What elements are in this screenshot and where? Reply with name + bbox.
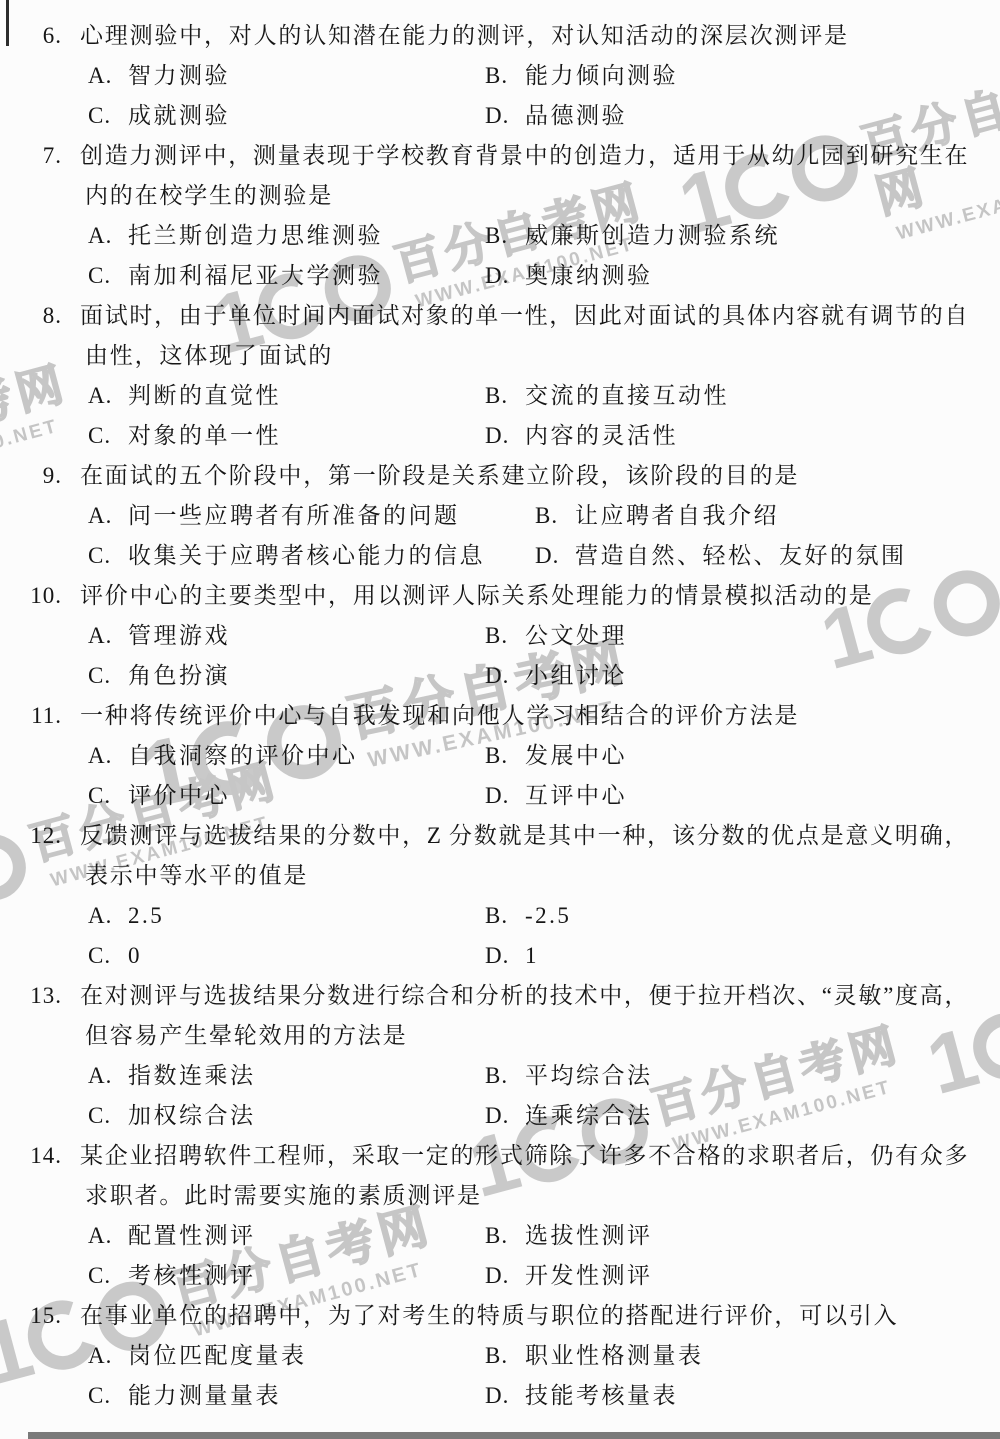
option-row: A.指数连乘法B.平均综合法: [0, 1056, 1000, 1096]
option-B: B.威廉斯创造力测验系统: [485, 216, 780, 256]
option-D: D.奥康纳测验: [485, 256, 653, 296]
option-A: A.判断的直觉性: [88, 376, 281, 416]
option-C: C.南加利福尼亚大学测验: [88, 256, 383, 296]
scan-artifact-mark: [6, 0, 9, 46]
option-row: C.南加利福尼亚大学测验D.奥康纳测验: [0, 256, 1000, 296]
option-letter: B.: [535, 496, 575, 536]
option-A: A.指数连乘法: [88, 1056, 256, 1096]
option-text: 连乘综合法: [525, 1103, 653, 1128]
question-10: 10.评价中心的主要类型中，用以测评人际关系处理能力的情景模拟活动的是A.管理游…: [0, 576, 1000, 696]
option-letter: C.: [88, 1376, 128, 1416]
option-letter: B.: [485, 736, 525, 776]
option-A: A.岗位匹配度量表: [88, 1336, 307, 1376]
option-C: C.成就测验: [88, 96, 230, 136]
option-text: 让应聘者自我介绍: [575, 503, 779, 528]
option-C: C.能力测量量表: [88, 1376, 281, 1416]
question-stem-line: 10.评价中心的主要类型中，用以测评人际关系处理能力的情景模拟活动的是: [0, 576, 1000, 616]
option-A: A.管理游戏: [88, 616, 230, 656]
question-number: 8.: [0, 296, 62, 336]
option-text: 选拔性测评: [525, 1223, 653, 1248]
option-text: 发展中心: [525, 743, 627, 768]
option-letter: B.: [485, 896, 525, 936]
option-B: B.公文处理: [485, 616, 627, 656]
question-stem-continuation: 内的在校学生的测验是: [85, 176, 333, 216]
option-letter: A.: [88, 376, 128, 416]
option-text: 0: [128, 943, 142, 968]
option-row: A.智力测验B.能力倾向测验: [0, 56, 1000, 96]
option-letter: A.: [88, 1056, 128, 1096]
option-text: 智力测验: [128, 63, 230, 88]
question-stem: 某企业招聘软件工程师，采取一定的形式筛除了许多不合格的求职者后，仍有众多: [80, 1136, 968, 1176]
question-number: 15.: [0, 1296, 62, 1336]
option-row: C.加权综合法D.连乘综合法: [0, 1096, 1000, 1136]
question-14: 14.某企业招聘软件工程师，采取一定的形式筛除了许多不合格的求职者后，仍有众多求…: [0, 1136, 1000, 1296]
option-text: 开发性测评: [525, 1263, 653, 1288]
option-letter: D.: [485, 1096, 525, 1136]
question-11: 11.一种将传统评价中心与自我发现和向他人学习相结合的评价方法是A.自我洞察的评…: [0, 696, 1000, 816]
question-number: 10.: [0, 576, 62, 616]
question-stem-line: 8.面试时，由于单位时间内面试对象的单一性，因此对面试的具体内容就有调节的自: [0, 296, 1000, 336]
option-D: D.互评中心: [485, 776, 627, 816]
question-stem-line: 由性，这体现了面试的: [0, 336, 1000, 376]
option-C: C.考核性测评: [88, 1256, 256, 1296]
option-letter: D.: [485, 1376, 525, 1416]
question-stem: 在事业单位的招聘中，为了对考生的特质与职位的搭配进行评价，可以引入: [80, 1296, 898, 1336]
question-number: 9.: [0, 456, 62, 496]
question-number: 13.: [0, 976, 62, 1016]
option-row: C.成就测验D.品德测验: [0, 96, 1000, 136]
option-text: 收集关于应聘者核心能力的信息: [128, 543, 485, 568]
option-text: 南加利福尼亚大学测验: [128, 263, 383, 288]
option-letter: D.: [485, 416, 525, 456]
option-B: B.-2.5: [485, 896, 571, 936]
option-B: B.选拔性测评: [485, 1216, 653, 1256]
question-number: 7.: [0, 136, 62, 176]
question-stem-line: 但容易产生晕轮效用的方法是: [0, 1016, 1000, 1056]
question-13: 13.在对测评与选拔结果分数进行综合和分析的技术中，便于拉开档次、“灵敏”度高，…: [0, 976, 1000, 1136]
option-B: B.交流的直接互动性: [485, 376, 729, 416]
option-text: 职业性格测量表: [525, 1343, 704, 1368]
option-text: 角色扮演: [128, 663, 230, 688]
question-stem-line: 7.创造力测评中，测量表现于学校教育背景中的创造力，适用于从幼儿园到研究生在: [0, 136, 1000, 176]
question-number: 11.: [0, 696, 62, 736]
option-text: 内容的灵活性: [525, 423, 678, 448]
option-text: 交流的直接互动性: [525, 383, 729, 408]
question-stem-line: 表示中等水平的值是: [0, 856, 1000, 896]
question-7: 7.创造力测评中，测量表现于学校教育背景中的创造力，适用于从幼儿园到研究生在内的…: [0, 136, 1000, 296]
question-stem-line: 13.在对测评与选拔结果分数进行综合和分析的技术中，便于拉开档次、“灵敏”度高，: [0, 976, 1000, 1016]
question-stem: 在对测评与选拔结果分数进行综合和分析的技术中，便于拉开档次、“灵敏”度高，: [80, 976, 968, 1016]
option-text: 互评中心: [525, 783, 627, 808]
scan-edge-strip: [28, 1432, 1000, 1439]
question-stem-line: 9.在面试的五个阶段中，第一阶段是关系建立阶段，该阶段的目的是: [0, 456, 1000, 496]
option-row: C.能力测量量表D.技能考核量表: [0, 1376, 1000, 1416]
question-number: 14.: [0, 1136, 62, 1176]
option-letter: C.: [88, 1256, 128, 1296]
option-A: A.配置性测评: [88, 1216, 256, 1256]
question-stem-line: 11.一种将传统评价中心与自我发现和向他人学习相结合的评价方法是: [0, 696, 1000, 736]
option-letter: B.: [485, 1336, 525, 1376]
question-stem-continuation: 由性，这体现了面试的: [85, 336, 333, 376]
option-row: A.托兰斯创造力思维测验B.威廉斯创造力测验系统: [0, 216, 1000, 256]
option-row: A.岗位匹配度量表B.职业性格测量表: [0, 1336, 1000, 1376]
option-letter: A.: [88, 496, 128, 536]
question-9: 9.在面试的五个阶段中，第一阶段是关系建立阶段，该阶段的目的是A.问一些应聘者有…: [0, 456, 1000, 576]
question-stem: 在面试的五个阶段中，第一阶段是关系建立阶段，该阶段的目的是: [80, 456, 799, 496]
option-letter: B.: [485, 216, 525, 256]
option-B: B.职业性格测量表: [485, 1336, 704, 1376]
option-letter: B.: [485, 1216, 525, 1256]
option-A: A.2.5: [88, 896, 164, 936]
question-15: 15.在事业单位的招聘中，为了对考生的特质与职位的搭配进行评价，可以引入A.岗位…: [0, 1296, 1000, 1416]
option-letter: C.: [88, 96, 128, 136]
option-A: A.问一些应聘者有所准备的问题: [88, 496, 460, 536]
option-letter: A.: [88, 1216, 128, 1256]
question-6: 6.心理测验中，对人的认知潜在能力的测评，对认知活动的深层次测评是A.智力测验B…: [0, 16, 1000, 136]
option-letter: A.: [88, 896, 128, 936]
question-stem: 一种将传统评价中心与自我发现和向他人学习相结合的评价方法是: [80, 696, 799, 736]
option-letter: D.: [535, 536, 575, 576]
option-D: D.内容的灵活性: [485, 416, 678, 456]
option-letter: B.: [485, 616, 525, 656]
option-row: C.考核性测评D.开发性测评: [0, 1256, 1000, 1296]
question-stem-line: 6.心理测验中，对人的认知潜在能力的测评，对认知活动的深层次测评是: [0, 16, 1000, 56]
question-list: 6.心理测验中，对人的认知潜在能力的测评，对认知活动的深层次测评是A.智力测验B…: [0, 16, 1000, 1416]
option-A: A.托兰斯创造力思维测验: [88, 216, 383, 256]
option-text: -2.5: [525, 903, 571, 928]
option-letter: A.: [88, 216, 128, 256]
question-stem: 创造力测评中，测量表现于学校教育背景中的创造力，适用于从幼儿园到研究生在: [80, 136, 968, 176]
option-text: 自我洞察的评价中心: [128, 743, 358, 768]
question-number: 6.: [0, 16, 62, 56]
option-B: B.发展中心: [485, 736, 627, 776]
option-C: C.0: [88, 936, 142, 976]
option-row: C.对象的单一性D.内容的灵活性: [0, 416, 1000, 456]
question-stem-continuation: 求职者。此时需要实施的素质测评是: [85, 1176, 482, 1216]
option-D: D.品德测验: [485, 96, 627, 136]
option-letter: B.: [485, 56, 525, 96]
option-letter: C.: [88, 256, 128, 296]
option-text: 能力测量量表: [128, 1383, 281, 1408]
option-text: 指数连乘法: [128, 1063, 256, 1088]
option-text: 公文处理: [525, 623, 627, 648]
option-text: 小组讨论: [525, 663, 627, 688]
option-text: 成就测验: [128, 103, 230, 128]
option-C: C.角色扮演: [88, 656, 230, 696]
option-C: C.加权综合法: [88, 1096, 256, 1136]
question-8: 8.面试时，由于单位时间内面试对象的单一性，因此对面试的具体内容就有调节的自由性…: [0, 296, 1000, 456]
option-D: D.小组讨论: [485, 656, 627, 696]
option-letter: A.: [88, 1336, 128, 1376]
option-A: A.自我洞察的评价中心: [88, 736, 358, 776]
option-text: 威廉斯创造力测验系统: [525, 223, 780, 248]
option-D: D.营造自然、轻松、友好的氛围: [535, 536, 907, 576]
option-letter: A.: [88, 56, 128, 96]
question-number: 12.: [0, 816, 62, 856]
option-D: D.开发性测评: [485, 1256, 653, 1296]
question-stem-line: 内的在校学生的测验是: [0, 176, 1000, 216]
question-stem-line: 求职者。此时需要实施的素质测评是: [0, 1176, 1000, 1216]
option-text: 奥康纳测验: [525, 263, 653, 288]
option-D: D.1: [485, 936, 539, 976]
option-letter: D.: [485, 256, 525, 296]
option-text: 托兰斯创造力思维测验: [128, 223, 383, 248]
option-text: 岗位匹配度量表: [128, 1343, 307, 1368]
option-letter: B.: [485, 1056, 525, 1096]
option-row: A.自我洞察的评价中心B.发展中心: [0, 736, 1000, 776]
option-text: 2.5: [128, 903, 164, 928]
question-stem: 反馈测评与选拔结果的分数中，Z 分数就是其中一种，该分数的优点是意义明确，: [80, 816, 968, 856]
option-row: A.管理游戏B.公文处理: [0, 616, 1000, 656]
option-text: 1: [525, 943, 539, 968]
option-letter: C.: [88, 656, 128, 696]
option-letter: B.: [485, 376, 525, 416]
option-text: 对象的单一性: [128, 423, 281, 448]
option-letter: A.: [88, 736, 128, 776]
question-stem-line: 15.在事业单位的招聘中，为了对考生的特质与职位的搭配进行评价，可以引入: [0, 1296, 1000, 1336]
option-text: 加权综合法: [128, 1103, 256, 1128]
option-text: 问一些应聘者有所准备的问题: [128, 503, 460, 528]
question-stem-continuation: 但容易产生晕轮效用的方法是: [85, 1016, 407, 1056]
option-C: C.收集关于应聘者核心能力的信息: [88, 536, 485, 576]
option-D: D.技能考核量表: [485, 1376, 678, 1416]
question-stem: 面试时，由于单位时间内面试对象的单一性，因此对面试的具体内容就有调节的自: [80, 296, 968, 336]
option-B: B.让应聘者自我介绍: [535, 496, 779, 536]
option-text: 管理游戏: [128, 623, 230, 648]
option-letter: D.: [485, 96, 525, 136]
question-stem-line: 12.反馈测评与选拔结果的分数中，Z 分数就是其中一种，该分数的优点是意义明确，: [0, 816, 1000, 856]
option-text: 技能考核量表: [525, 1383, 678, 1408]
option-row: C.角色扮演D.小组讨论: [0, 656, 1000, 696]
question-stem-line: 14.某企业招聘软件工程师，采取一定的形式筛除了许多不合格的求职者后，仍有众多: [0, 1136, 1000, 1176]
question-stem: 心理测验中，对人的认知潜在能力的测评，对认知活动的深层次测评是: [80, 16, 849, 56]
option-letter: A.: [88, 616, 128, 656]
option-text: 评价中心: [128, 783, 230, 808]
option-letter: D.: [485, 656, 525, 696]
option-row: A.2.5B.-2.5: [0, 896, 1000, 936]
option-text: 判断的直觉性: [128, 383, 281, 408]
option-B: B.能力倾向测验: [485, 56, 678, 96]
option-row: C.0D.1: [0, 936, 1000, 976]
question-12: 12.反馈测评与选拔结果的分数中，Z 分数就是其中一种，该分数的优点是意义明确，…: [0, 816, 1000, 976]
option-D: D.连乘综合法: [485, 1096, 653, 1136]
option-letter: C.: [88, 416, 128, 456]
option-letter: C.: [88, 776, 128, 816]
option-row: C.评价中心D.互评中心: [0, 776, 1000, 816]
option-row: A.判断的直觉性B.交流的直接互动性: [0, 376, 1000, 416]
option-text: 能力倾向测验: [525, 63, 678, 88]
option-row: A.配置性测评B.选拔性测评: [0, 1216, 1000, 1256]
option-letter: C.: [88, 536, 128, 576]
option-C: C.对象的单一性: [88, 416, 281, 456]
exam-paper-page: 1百分自考网WWW.EXAM100.NET1百分自考网WWW.EXAM100.N…: [0, 0, 1000, 1439]
question-stem: 评价中心的主要类型中，用以测评人际关系处理能力的情景模拟活动的是: [80, 576, 874, 616]
option-C: C.评价中心: [88, 776, 230, 816]
question-stem-continuation: 表示中等水平的值是: [85, 856, 308, 896]
option-text: 考核性测评: [128, 1263, 256, 1288]
option-letter: D.: [485, 936, 525, 976]
option-text: 品德测验: [525, 103, 627, 128]
option-letter: D.: [485, 776, 525, 816]
option-text: 平均综合法: [525, 1063, 653, 1088]
option-B: B.平均综合法: [485, 1056, 653, 1096]
option-row: A.问一些应聘者有所准备的问题B.让应聘者自我介绍: [0, 496, 1000, 536]
option-A: A.智力测验: [88, 56, 230, 96]
option-letter: C.: [88, 936, 128, 976]
option-letter: C.: [88, 1096, 128, 1136]
option-text: 配置性测评: [128, 1223, 256, 1248]
option-letter: D.: [485, 1256, 525, 1296]
option-text: 营造自然、轻松、友好的氛围: [575, 543, 907, 568]
option-row: C.收集关于应聘者核心能力的信息D.营造自然、轻松、友好的氛围: [0, 536, 1000, 576]
